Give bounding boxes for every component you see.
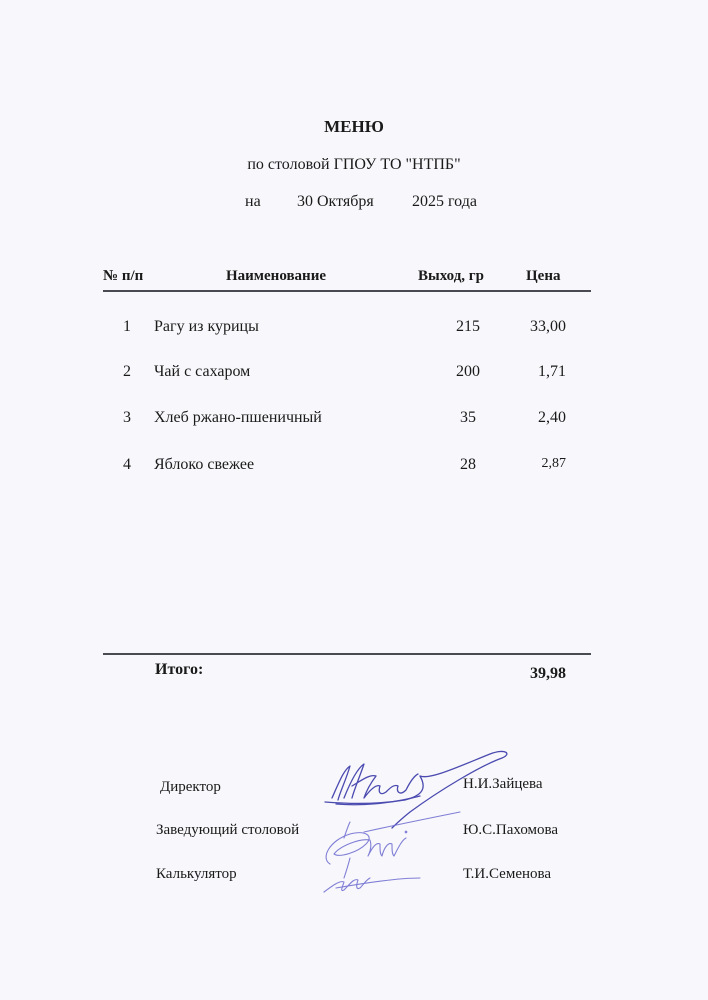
row-price: 33,00 (486, 318, 566, 336)
header-price: Цена (526, 268, 560, 285)
table-row: 4 Яблоко свежее 28 2,87 (0, 456, 708, 480)
table-row: 1 Рагу из курицы 215 33,00 (0, 318, 708, 342)
row-name: Чай с сахаром (154, 363, 250, 381)
row-number: 1 (123, 318, 131, 336)
row-output: 215 (400, 318, 480, 336)
document-subtitle: по столовой ГПОУ ТО "НТПБ" (0, 156, 708, 174)
row-output: 200 (400, 363, 480, 381)
row-output: 28 (396, 456, 476, 474)
document-title: МЕНЮ (0, 117, 708, 137)
row-price: 2,40 (486, 409, 566, 427)
signature-position: Заведующий столовой (156, 822, 299, 839)
header-number: № п/п (103, 268, 143, 285)
header-output: Выход, гр (418, 268, 484, 285)
header-divider (103, 290, 591, 292)
row-number: 2 (123, 363, 131, 381)
row-number: 3 (123, 409, 131, 427)
date-day-month: 30 Октября (297, 193, 374, 211)
row-name: Яблоко свежее (154, 456, 254, 474)
row-number: 4 (123, 456, 131, 474)
table-row: 3 Хлеб ржано-пшеничный 35 2,40 (0, 409, 708, 433)
row-output: 35 (396, 409, 476, 427)
row-price: 2,87 (486, 456, 566, 472)
table-row: 2 Чай с сахаром 200 1,71 (0, 363, 708, 387)
date-prefix: на (245, 193, 261, 211)
date-year: 2025 года (412, 193, 477, 211)
row-name: Хлеб ржано-пшеничный (154, 409, 322, 427)
signature-position: Калькулятор (156, 866, 237, 883)
total-label: Итого: (155, 661, 203, 679)
row-name: Рагу из курицы (154, 318, 259, 336)
row-price: 1,71 (486, 363, 566, 381)
total-divider (103, 653, 591, 655)
handwritten-signatures-icon (310, 740, 530, 900)
header-name: Наименование (226, 268, 326, 285)
total-value: 39,98 (486, 665, 566, 683)
signature-position: Директор (160, 779, 221, 796)
